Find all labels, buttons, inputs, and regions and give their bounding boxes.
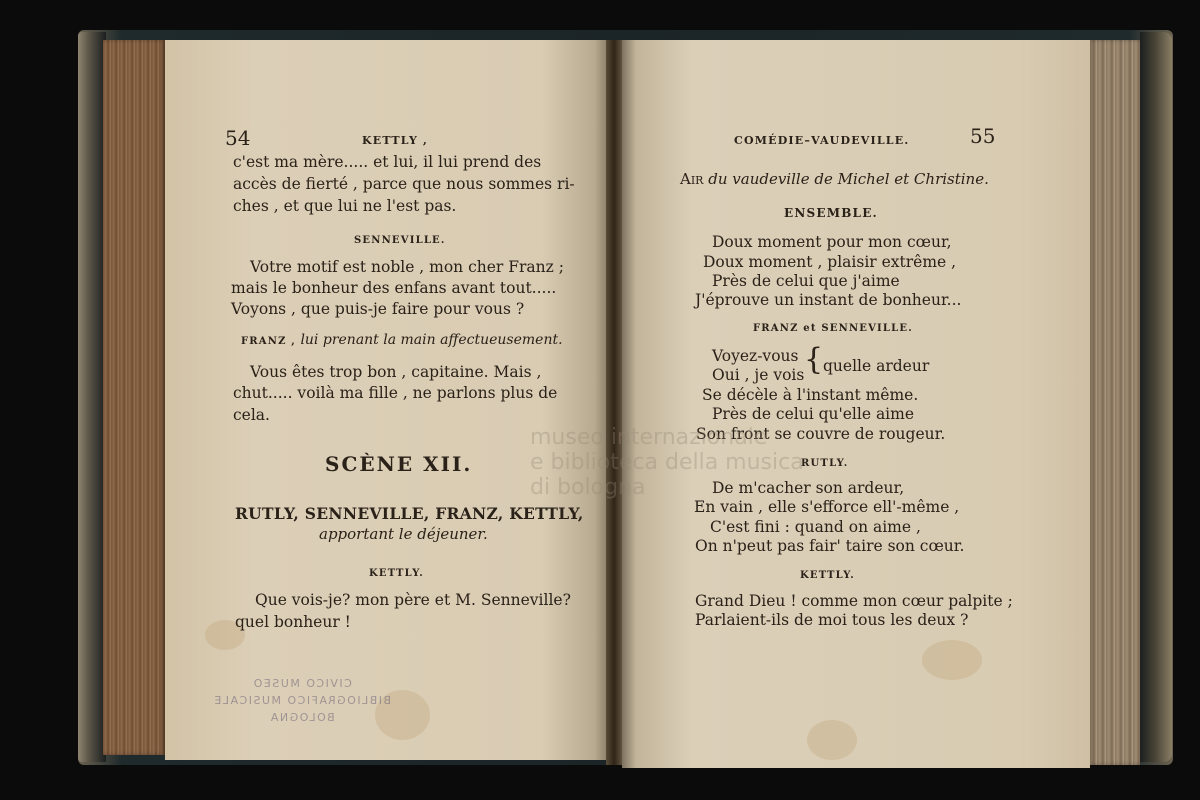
verse-line: Oui , je vois: [712, 365, 804, 386]
right-page: COMÉDIE–VAUDEVILLE. 55 Air du vaudeville…: [622, 40, 1090, 768]
text-line: Que vois-je? mon père et M. Senneville?: [255, 590, 571, 611]
scene-direction: apportant le déjeuner.: [319, 525, 488, 543]
foxing-stain: [922, 640, 982, 680]
speaker-name: RUTLY.: [801, 458, 848, 469]
text-line: mais le bonheur des enfans avant tout...…: [231, 278, 556, 299]
verse-line: Grand Dieu ! comme mon cœur palpite ;: [695, 591, 1013, 612]
verse-line: C'est fini : quand on aime ,: [710, 517, 921, 538]
foxing-stain: [807, 720, 857, 760]
speaker-name: FRANZ ,: [241, 336, 296, 347]
text-line: Vous êtes trop bon , capitaine. Mais ,: [250, 362, 541, 383]
text-line: chut..... voilà ma fille , ne parlons pl…: [233, 383, 557, 404]
stamp-line: BIBLIOGRAFICO MUSICALE: [212, 692, 392, 709]
verse-line: Voyez-vous: [712, 346, 798, 367]
stamp-line: BOLOGNA: [212, 709, 392, 726]
scene-characters: RUTLY, SENNEVILLE, FRANZ, KETTLY,: [235, 504, 584, 523]
text-line: Votre motif est noble , mon cher Franz ;: [250, 257, 564, 278]
direction-text: lui prenant la main affectueusement.: [300, 332, 562, 348]
text-line: accès de fierté , parce que nous sommes …: [233, 174, 575, 195]
stamp-line: CIVICO MUSEO: [212, 675, 392, 692]
verse-line: Doux moment , plaisir extrême ,: [703, 252, 956, 273]
running-head: KETTLY ,: [362, 134, 428, 147]
verse-line: Près de celui que j'aime: [712, 271, 900, 292]
library-stamp: CIVICO MUSEO BIBLIOGRAFICO MUSICALE BOLO…: [212, 675, 392, 726]
ensemble-label: ENSEMBLE.: [784, 206, 878, 220]
verse-line: On n'peut pas fair' taire son cœur.: [695, 536, 964, 557]
text-line: Voyons , que puis-je faire pour vous ?: [231, 299, 524, 320]
air-title: du vaudeville de Michel et Christine.: [708, 170, 989, 188]
text-line: cela.: [233, 405, 270, 426]
page-number: 54: [225, 126, 250, 150]
scene-title: SCÈNE XII.: [325, 452, 472, 476]
air-label: Air: [680, 170, 703, 188]
verse-line: En vain , elle s'efforce ell'-même ,: [694, 497, 959, 518]
page-number: 55: [970, 124, 995, 148]
verse-line: quelle ardeur: [823, 356, 929, 377]
text-line: quel bonheur !: [235, 612, 351, 633]
cover-edge-right: [1140, 32, 1172, 762]
cover-edge-left: [78, 32, 106, 762]
verse-line: Doux moment pour mon cœur,: [712, 232, 952, 253]
running-head: COMÉDIE–VAUDEVILLE.: [734, 134, 909, 147]
speaker-name: FRANZ et SENNEVILLE.: [753, 323, 913, 334]
page-block-left: [103, 40, 165, 755]
text-line: ches , et que lui ne l'est pas.: [233, 196, 456, 217]
verse-line: Parlaient-ils de moi tous les deux ?: [695, 610, 968, 631]
speaker-name: KETTLY.: [800, 570, 855, 581]
stage-direction: FRANZ , lui prenant la main affectueusem…: [241, 332, 563, 348]
left-page: 54 KETTLY , c'est ma mère..... et lui, i…: [165, 40, 608, 760]
brace-icon: {: [804, 345, 823, 375]
air-heading: Air du vaudeville de Michel et Christine…: [680, 170, 989, 188]
text-line: c'est ma mère..... et lui, il lui prend …: [233, 152, 541, 173]
museum-watermark: museo internazionale e biblioteca della …: [530, 425, 804, 500]
verse-line: J'éprouve un instant de bonheur...: [695, 290, 961, 311]
speaker-name: KETTLY.: [369, 568, 424, 579]
speaker-name: SENNEVILLE.: [354, 235, 446, 246]
verse-line: Près de celui qu'elle aime: [712, 404, 914, 425]
page-block-right: [1088, 40, 1140, 765]
verse-line: Se décèle à l'instant même.: [702, 385, 918, 406]
